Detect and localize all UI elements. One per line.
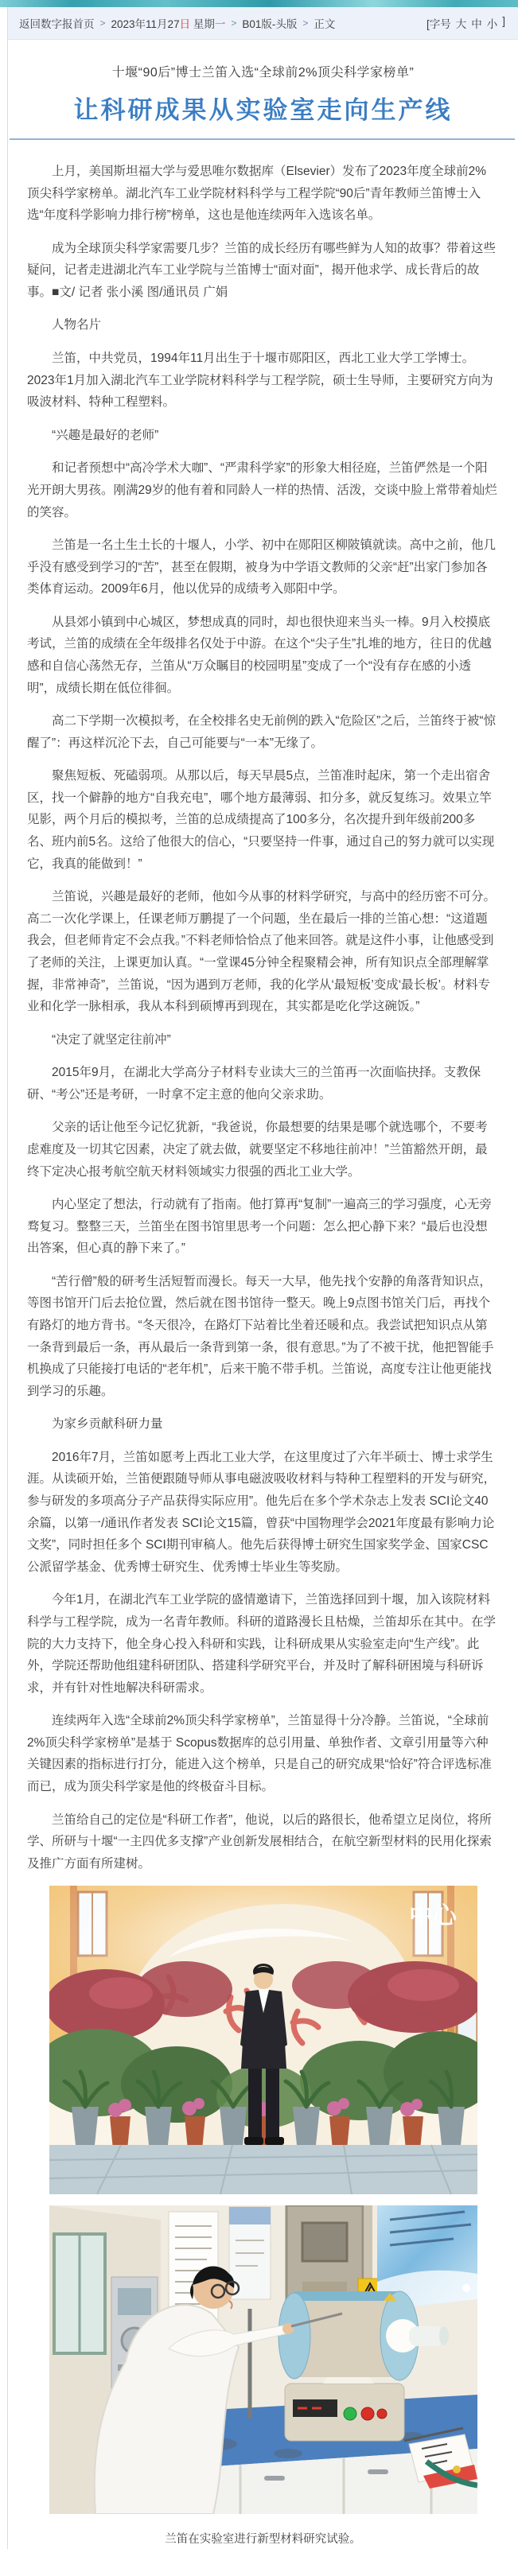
article-paragraph: 为家乡贡献科研力量	[27, 1413, 497, 1436]
page-container: 返回数字报首页 > 2023年11月27日 星期一 > B01版-头版 > 正文…	[7, 7, 518, 2549]
article-paragraph: 连续两年入选“全球前2%顶尖科学家榜单”，兰笛显得十分冷静。兰笛说，“全球前2%…	[27, 1710, 497, 1797]
article-paragraph: 聚焦短板、死磕弱项。从那以后，每天早晨5点，兰笛准时起床，第一个走出宿舍区，找一…	[27, 765, 497, 875]
article-paragraph: 兰笛给自己的定位是“科研工作者”，他说，以后的路很长，他希望立足岗位，将所学、所…	[27, 1809, 497, 1875]
breadcrumb-week-black: 星期	[193, 18, 215, 30]
breadcrumb-home-link[interactable]: 返回数字报首页	[19, 15, 95, 31]
page-title: 让科研成果从实验室走向生产线	[8, 90, 518, 126]
photo-caption: 兰笛在实验室进行新型材料研究试验。	[8, 2531, 518, 2549]
breadcrumb-current: 正文	[314, 15, 335, 31]
manual-paper	[409, 2434, 477, 2489]
fontsize-label-open: [字号	[426, 15, 451, 31]
fontsize-control: [字号 大 中 小 ]	[426, 15, 505, 31]
breadcrumb-date-link[interactable]: 2023年11月27日 星期一	[111, 15, 226, 31]
breadcrumb: 返回数字报首页 > 2023年11月27日 星期一 > B01版-头版 > 正文…	[8, 7, 518, 40]
article-paragraph: “苦行僧”般的研考生活短暂而漫长。每天一大早，他先找个安静的角落背知识点，等图书…	[27, 1271, 497, 1402]
article-paragraph: 2015年9月，在湖北大学高分子材料专业读大三的兰笛再一次面临抉择。支教保研、“…	[27, 1062, 497, 1105]
article-paragraph: 从县郊小镇到中心城区，梦想成真的同时，却也很快迎来当头一棒。9月入校摸底考试，兰…	[27, 612, 497, 699]
article-paragraph: 兰笛是一名土生土长的十堰人，小学、初中在郧阳区柳陂镇就读。高中之前，他几乎没有感…	[27, 534, 497, 600]
article-paragraph: 兰笛，中共党员，1994年11月出生于十堰市郧阳区，西北工业大学工学博士。202…	[27, 348, 497, 414]
breadcrumb-trail: 返回数字报首页 > 2023年11月27日 星期一 > B01版-头版 > 正文	[19, 15, 335, 31]
article-paragraph: 兰笛说，兴趣是最好的老师，他如今从事的材料学研究，与高中的经历密不可分。高二一次…	[27, 886, 497, 1017]
fontsize-small-button[interactable]: 小	[487, 15, 498, 31]
breadcrumb-date-red: 日	[180, 18, 191, 30]
breadcrumb-date-black: 2023年11月27	[111, 18, 180, 30]
article-paragraph: 父亲的话让他至今记忆犹新，“我爸说，你最想要的结果是哪个就选哪个，不要考虑难度及…	[27, 1117, 497, 1183]
article-paragraph: 高二下学期一次模拟考，在全校排名史无前例的跌入“危险区”之后，兰笛终于被“惊醒了…	[27, 710, 497, 754]
article-paragraph: “兴趣是最好的老师”	[27, 425, 497, 447]
article-paragraph: 成为全球顶尖科学家需要几步？兰笛的成长经历有哪些鲜为人知的故事？带着这些疑问，记…	[27, 238, 497, 304]
breadcrumb-week-red: 一	[215, 18, 226, 30]
article-paragraph: 2016年7月，兰笛如愿考上西北工业大学，在这里度过了六年半硕士、博士求学生涯。…	[27, 1447, 497, 1578]
article-body: 上月，美国斯坦福大学与爱思唯尔数据库（Elsevier）发布了2023年度全球前…	[8, 140, 518, 1875]
fontsize-large-button[interactable]: 大	[456, 15, 467, 31]
article-header: 十堰“90后”博士兰笛入选“全球前2%顶尖科学家榜单” 让科研成果从实验室走向生…	[8, 40, 518, 140]
photo-lab	[49, 2205, 477, 2514]
breadcrumb-edition-link[interactable]: B01版-头版	[242, 15, 297, 31]
article-subtitle: 十堰“90后”博士兰笛入选“全球前2%顶尖科学家榜单”	[8, 62, 518, 80]
article-paragraph: 和记者预想中“高冷学术大咖”、“严肃科学家”的形象大相径庭，兰笛俨然是一个阳光开…	[27, 457, 497, 523]
photo-campus: 中心	[49, 1886, 477, 2194]
article-paragraph: 上月，美国斯坦福大学与爱思唯尔数据库（Elsevier）发布了2023年度全球前…	[27, 161, 497, 227]
top-banner-strip	[0, 0, 518, 7]
breadcrumb-separator: >	[100, 17, 106, 29]
breadcrumb-separator: >	[231, 17, 236, 29]
breadcrumb-separator: >	[302, 17, 308, 29]
fontsize-label-close: ]	[502, 15, 505, 31]
article-paragraph: “决定了就坚定往前冲”	[27, 1029, 497, 1051]
pavement	[49, 2145, 477, 2194]
article-paragraph: 今年1月，在湖北汽车工业学院的盛情邀请下，兰笛选择回到十堰，加入该院材料科学与工…	[27, 1589, 497, 1699]
article-paragraph: 人物名片	[27, 314, 497, 336]
fontsize-medium-button[interactable]: 中	[471, 15, 482, 31]
article-paragraph: 内心坚定了想法，行动就有了指南。他打算再“复制”一遍高三的学习强度，心无旁骛复习…	[27, 1194, 497, 1260]
